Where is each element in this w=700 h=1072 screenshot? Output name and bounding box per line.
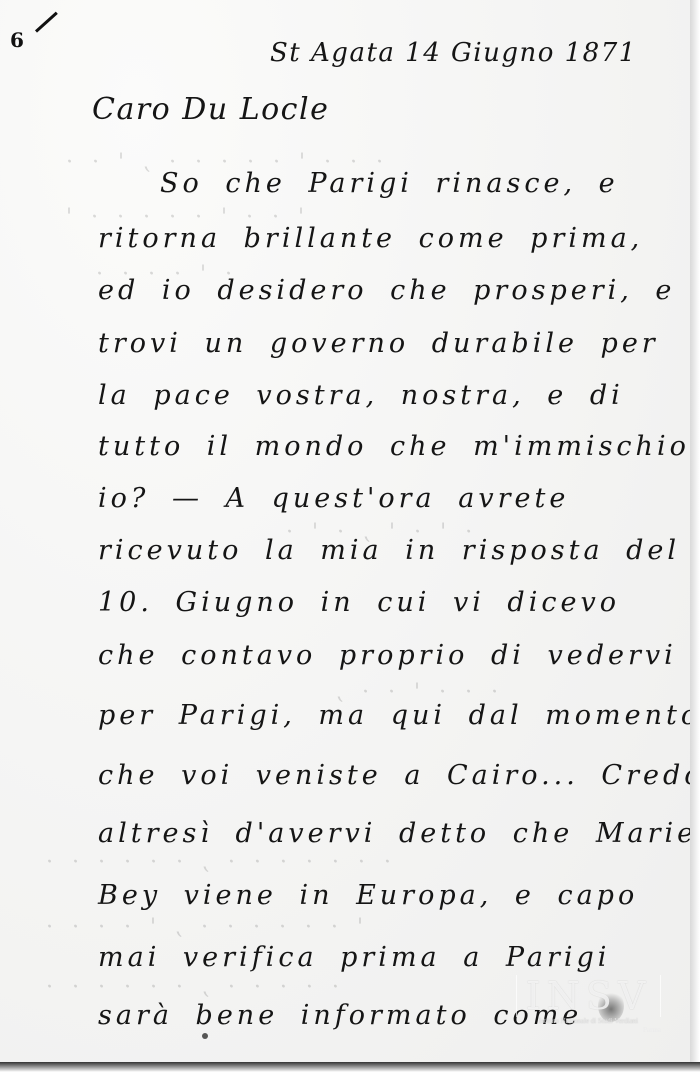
ink-blot bbox=[598, 990, 624, 1022]
body-line: per Parigi, ma qui dal momento bbox=[98, 700, 700, 731]
body-line: altresì d'avervi detto che Mariette bbox=[98, 818, 700, 849]
body-line: mai verifica prima a Parigi bbox=[98, 942, 610, 973]
body-line: ritorna brillante come prima, bbox=[98, 223, 643, 254]
body-line: la pace vostra, nostra, e di bbox=[98, 380, 624, 411]
ink-dot bbox=[202, 1033, 208, 1039]
bleed-through-text: · · · · · , · · · · · · bbox=[40, 975, 339, 1000]
body-line: So che Parigi rinasce, e bbox=[160, 168, 619, 199]
bleed-through-text: · · · · · · · , · · · · · · bbox=[40, 850, 391, 875]
body-line: che voi veniste a Cairo... Credo bbox=[98, 760, 700, 791]
body-line: 10. Giugno in cui vi dicevo bbox=[98, 587, 620, 618]
folio-slash-mark bbox=[35, 12, 58, 33]
folio-number: 6 bbox=[10, 28, 24, 52]
bleed-through-text: ' · · · · · · , ' · · · · bbox=[40, 915, 363, 940]
letter-page: · · · ' · · · · · , ' · · ' · · ' · · · … bbox=[0, 0, 690, 1062]
letter-dateline: St Agata 14 Giugno 1871 bbox=[270, 38, 637, 68]
body-line: sarà bene informato come bbox=[98, 1000, 582, 1031]
page-edge-right bbox=[690, 0, 700, 1072]
body-line: ricevuto la mia in risposta del bbox=[98, 535, 680, 566]
body-line: Bey viene in Europa, e capo bbox=[98, 880, 638, 911]
body-line: che contavo proprio di vedervi non bbox=[98, 640, 700, 671]
page-edge-bottom bbox=[0, 1062, 700, 1072]
body-line: io? — A quest'ora avrete bbox=[98, 483, 569, 514]
body-line: tutto il mondo che m'immischio bbox=[98, 431, 690, 462]
letter-salutation: Caro Du Locle bbox=[92, 92, 329, 127]
body-line: trovi un governo durabile per bbox=[98, 328, 659, 359]
body-line: ed io desidero che prosperi, e bbox=[98, 275, 675, 306]
